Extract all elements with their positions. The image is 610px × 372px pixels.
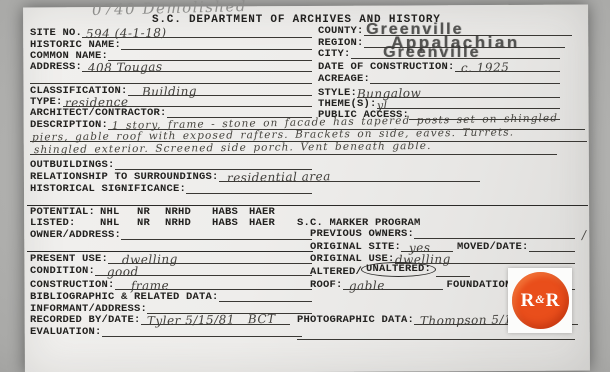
ampersand-glyph: &: [535, 293, 544, 305]
field-label: BIBLIOGRAPHIC & RELATED DATA:: [30, 292, 219, 302]
field-value-handwritten: /: [582, 230, 587, 241]
field-historical-significance: HISTORICAL SIGNIFICANCE:: [30, 183, 312, 194]
field-label: EVALUATION:: [30, 327, 102, 337]
field-line: [370, 80, 560, 84]
field-outbuildings: OUTBUILDINGS:: [30, 159, 312, 170]
field-present-use: PRESENT USE: dwelling: [30, 253, 312, 264]
field-label: COMMON NAME:: [30, 51, 108, 61]
rr-logo-letter: R: [521, 291, 535, 310]
field-label: COUNTY:: [318, 26, 364, 36]
field-relationship: RELATIONSHIP TO SURROUNDINGS: residentia…: [30, 171, 480, 182]
field-label: OWNER/ADDRESS:: [30, 230, 121, 240]
designation-nhl: NHL: [100, 218, 120, 228]
field-style: STYLE: Bungalow: [318, 87, 560, 98]
designation-nhl: NHL: [100, 207, 120, 217]
marker-program-heading: S.C. MARKER PROGRAM: [297, 218, 421, 228]
field-label: REGION:: [318, 38, 364, 48]
blank-line: [297, 337, 575, 340]
field-label: OUTBUILDINGS:: [30, 160, 115, 170]
field-label: PRESENT USE:: [30, 254, 108, 264]
field-original-use: ORIGINAL USE: dwelling: [310, 253, 575, 264]
field-construction: CONSTRUCTION: frame: [30, 279, 312, 290]
field-site-no: SITE NO. 594 (4-1-18): [30, 27, 312, 38]
field-label: SITE NO.: [30, 28, 82, 38]
field-label-moved-date: MOVED/DATE:: [457, 242, 529, 252]
field-value-handwritten: good: [107, 266, 139, 278]
rr-logo-circle: R & R: [512, 272, 569, 329]
field-type: TYPE: residence: [30, 96, 312, 107]
designation-habs: HABS: [212, 207, 238, 217]
field-common-name: COMMON NAME:: [30, 50, 312, 61]
designation-habs: HABS: [212, 218, 238, 228]
field-label: HISTORICAL SIGNIFICANCE:: [30, 184, 186, 194]
field-value-handwritten: gable: [348, 280, 384, 292]
field-label-unaltered-circled: UNALTERED:: [361, 262, 436, 277]
field-recorded-by: RECORDED BY/DATE: Tyler 5/15/81 BCT: [30, 314, 290, 325]
field-owner-address: OWNER/ADDRESS:: [30, 229, 312, 240]
field-label: ARCHITECT/CONTRACTOR:: [30, 108, 167, 118]
field-line: /: [414, 235, 575, 239]
field-date-of-construction: DATE OF CONSTRUCTION: c. 1925: [318, 61, 560, 72]
field-acreage: ACREAGE:: [318, 73, 560, 84]
field-label: ADDRESS:: [30, 62, 82, 72]
field-themes: THEME(S): yl: [318, 98, 560, 109]
field-line: dwelling: [108, 260, 312, 264]
field-value-handwritten: Tyler 5/15/81 BCT: [146, 314, 275, 327]
designation-haer: HAER: [249, 218, 275, 228]
field-bibliographic: BIBLIOGRAPHIC & RELATED DATA:: [30, 291, 312, 302]
field-label: DATE OF CONSTRUCTION:: [318, 62, 455, 72]
field-value-handwritten: 408 Tougas: [88, 62, 163, 74]
field-label: ACREAGE:: [318, 74, 370, 84]
field-label: HISTORIC NAME:: [30, 40, 121, 50]
field-label: TYPE:: [30, 97, 63, 107]
field-condition: CONDITION: good: [30, 265, 312, 276]
field-label: CONDITION:: [30, 266, 95, 276]
scanned-survey-form: 0740 Demolished S.C. DEPARTMENT OF ARCHI…: [0, 0, 610, 372]
field-label-roof: ROOF:: [310, 280, 343, 290]
designation-nrhd: NRHD: [165, 207, 191, 217]
field-line: 594 (4-1-18): [82, 34, 312, 38]
designation-haer: HAER: [249, 207, 275, 217]
field-line: residential area: [219, 178, 480, 182]
field-line: gable: [343, 286, 443, 290]
field-line: Tyler 5/15/81 BCT: [141, 321, 290, 325]
designation-nrhd: NRHD: [165, 218, 191, 228]
field-evaluation: EVALUATION:: [30, 326, 302, 337]
field-label: PREVIOUS OWNERS:: [310, 229, 414, 239]
field-label: LISTED:: [30, 218, 76, 228]
field-label: POTENTIAL:: [30, 207, 95, 217]
field-label: ALTERED/: [310, 267, 362, 277]
field-label: CONSTRUCTION:: [30, 280, 115, 290]
field-label: INFORMANT/ADDRESS:: [30, 304, 147, 314]
designation-nr: NR: [137, 218, 150, 228]
field-label: DESCRIPTION:: [30, 120, 108, 130]
field-label: THEME(S):: [318, 99, 377, 109]
field-historic-name: HISTORIC NAME:: [30, 39, 312, 50]
field-line: [102, 333, 302, 337]
field-line: frame: [115, 286, 312, 290]
field-line: good: [95, 272, 312, 276]
field-original-site: ORIGINAL SITE: yes MOVED/DATE:: [310, 241, 575, 252]
field-label: ORIGINAL SITE:: [310, 242, 401, 252]
field-label: PHOTOGRAPHIC DATA:: [297, 315, 414, 325]
field-previous-owners: PREVIOUS OWNERS: /: [310, 228, 575, 239]
field-line: [436, 273, 470, 277]
field-label: RELATIONSHIP TO SURROUNDINGS:: [30, 172, 219, 182]
rr-watermark-logo: R & R: [508, 268, 572, 333]
field-label: CITY:: [318, 49, 351, 59]
field-label: PUBLIC ACCESS:: [318, 110, 409, 120]
stamp-city-value: Greenville: [383, 44, 480, 62]
field-line: [219, 298, 312, 302]
designation-nr: NR: [137, 207, 150, 217]
field-line: 408 Tougas: [82, 68, 312, 72]
field-line: [121, 236, 312, 240]
field-line: [529, 248, 575, 252]
field-altered-unaltered: ALTERED/ UNALTERED:: [310, 266, 470, 277]
field-address: ADDRESS: 408 Tougas: [30, 61, 312, 72]
field-label: RECORDED BY/DATE:: [30, 315, 141, 325]
field-label: STYLE:: [318, 88, 357, 98]
field-public-access: PUBLIC ACCESS:: [318, 109, 560, 120]
field-line: c. 1925: [455, 68, 560, 72]
rr-logo-letter: R: [546, 291, 560, 310]
field-line: [409, 116, 560, 120]
field-classification: CLASSIFICATION: Building: [30, 85, 312, 96]
field-line: [186, 190, 312, 194]
